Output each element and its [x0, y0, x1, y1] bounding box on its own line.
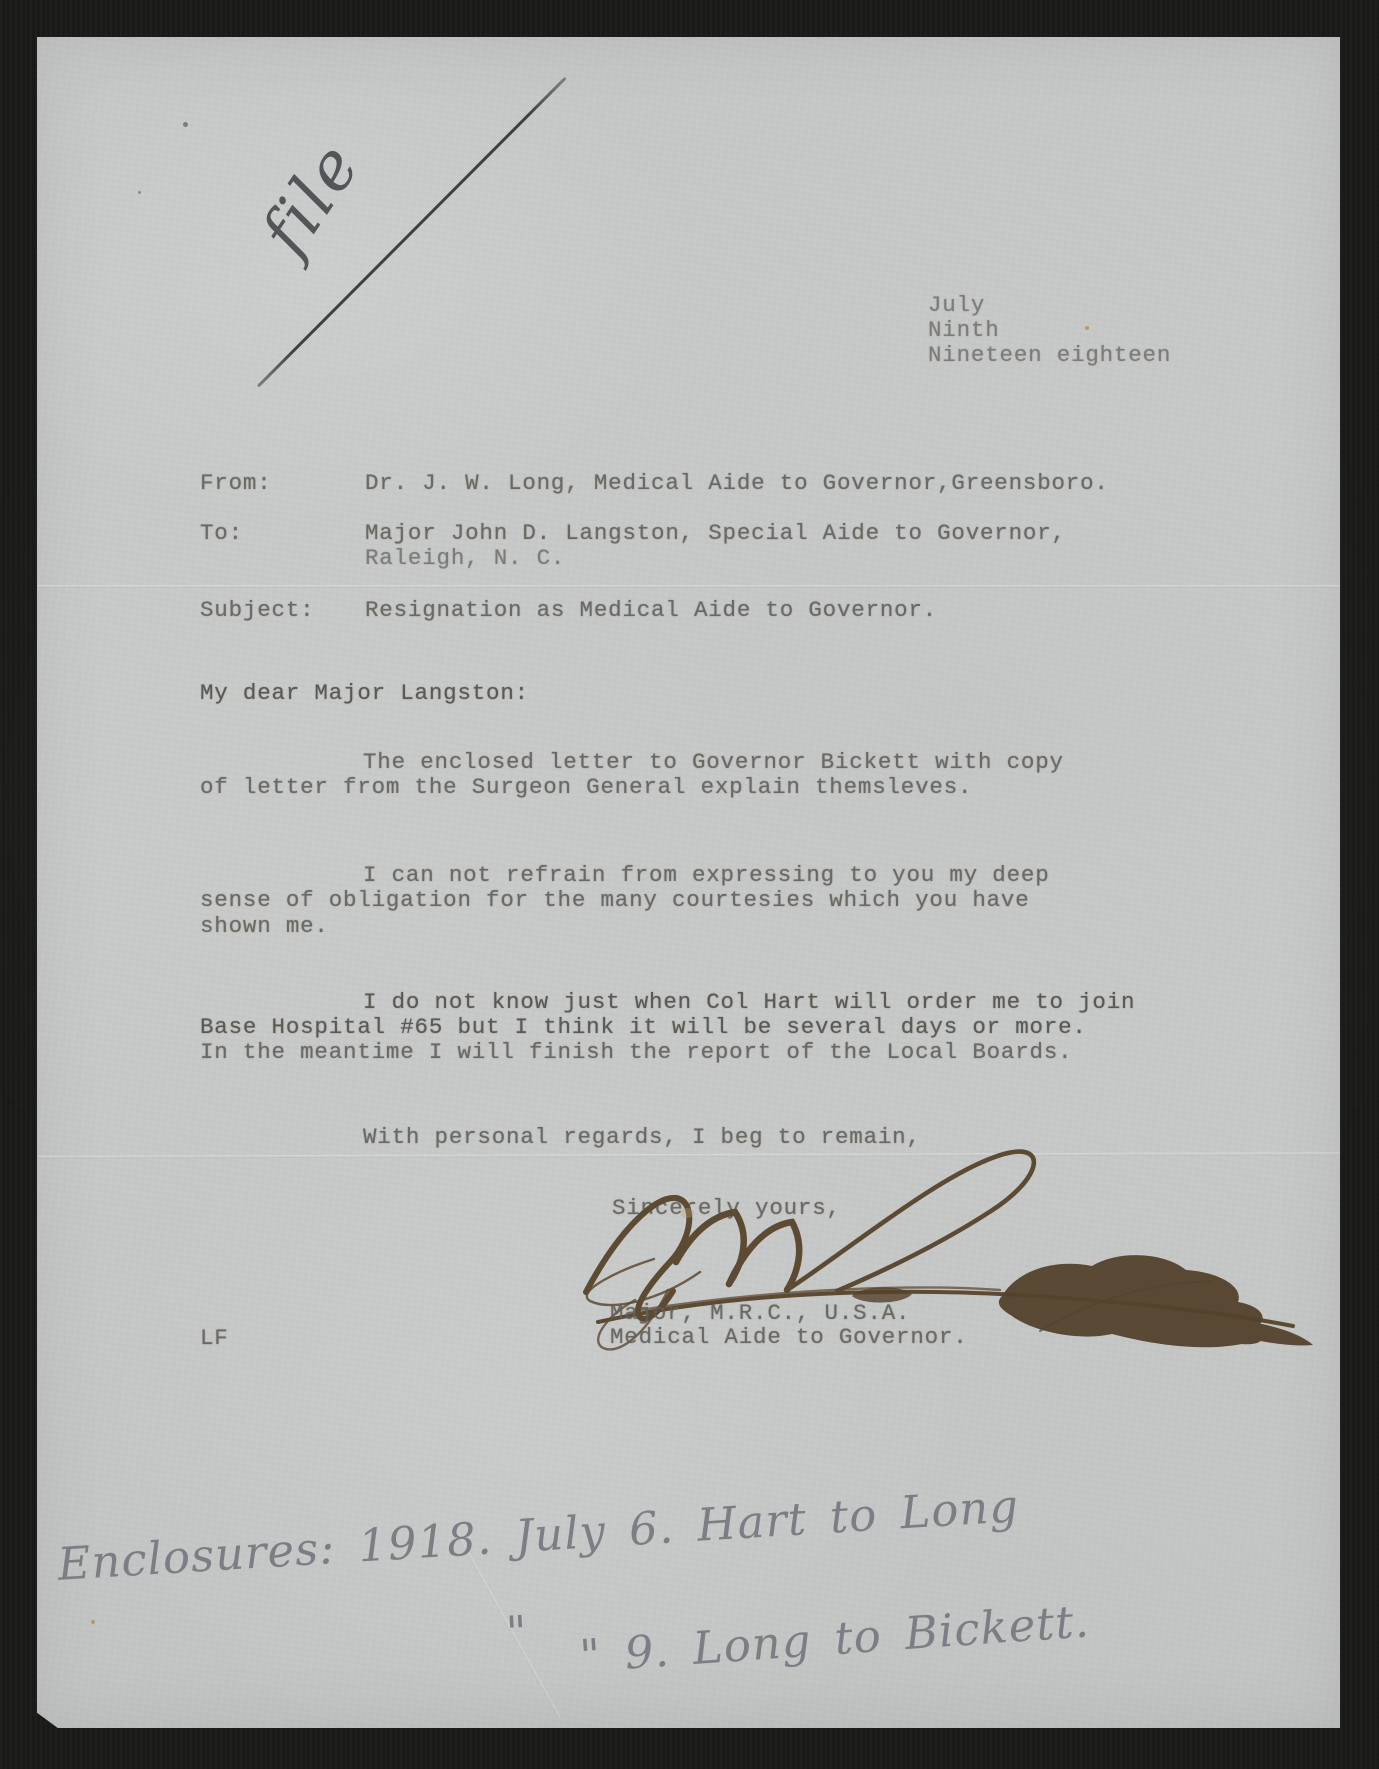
to-value-line2: Raleigh, N. C.	[365, 543, 565, 573]
from-label: From:	[200, 468, 272, 498]
to-label: To:	[200, 518, 243, 548]
fold-crease-upper	[37, 585, 1340, 588]
subject-value: Resignation as Medical Aide to Governor.	[365, 595, 937, 625]
paper-stain	[680, 1208, 694, 1218]
paragraph2-line3: shown me.	[200, 911, 329, 941]
paper-speck	[183, 122, 188, 127]
paragraph1-line2: of letter from the Surgeon General expla…	[200, 772, 972, 802]
from-value: Dr. J. W. Long, Medical Aide to Governor…	[365, 468, 1109, 498]
typist-initials: LF	[200, 1323, 229, 1353]
paragraph3-line3: In the meantime I will finish the report…	[200, 1037, 1072, 1067]
paper-speck	[1085, 326, 1089, 330]
date-line-year: Nineteen eighteen	[928, 340, 1171, 370]
enclosures-ditto-mark: "	[505, 1605, 529, 1659]
signer-title-line2: Medical Aide to Governor.	[610, 1322, 968, 1352]
paper-speck	[91, 1620, 95, 1624]
salutation: My dear Major Langston:	[200, 678, 529, 708]
subject-label: Subject:	[200, 595, 314, 625]
paper-speck	[138, 191, 141, 194]
photo-backdrop: file July Ninth Nineteen eighteen From: …	[0, 0, 1379, 1769]
